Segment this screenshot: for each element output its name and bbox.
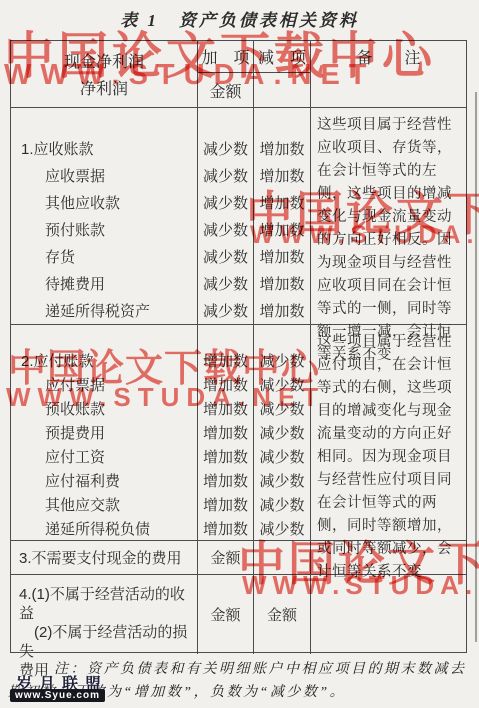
spacer-row	[11, 108, 311, 135]
table-row: 存货 减少数 增加数	[11, 243, 311, 270]
item-add-value: 增加数	[198, 421, 254, 445]
item-label: 递延所得税负债	[11, 516, 198, 540]
row4-minus-value: 金额	[254, 575, 311, 654]
item-add-value: 增加数	[198, 397, 254, 421]
item-label: 应付福利费	[11, 468, 198, 492]
item-add-value: 减少数	[198, 135, 254, 162]
header-cash-net-profit: 现金净利润	[64, 49, 144, 72]
item-label: 应付票据	[11, 373, 198, 397]
header-remark-column: 备 注	[311, 41, 466, 107]
row3-label: 3.不需要支付现金的费用	[11, 541, 198, 574]
item-minus-value: 减少数	[254, 373, 311, 397]
header-minus-label: 减 项	[258, 45, 306, 68]
item-label: 其他应交款	[11, 492, 198, 516]
section1-remark: 这些项目属于经营性应收项目、存货等，在会计恒等式的左侧，这些项目的增减变化与现金…	[311, 108, 466, 324]
item-add-value: 增加数	[198, 468, 254, 492]
balance-sheet-table: 现金净利润 净利润 加 项 金额 减 项 备 注 1	[10, 40, 467, 653]
table-row: 应收票据 减少数 增加数	[11, 162, 311, 189]
item-label: 递延所得税资产	[11, 297, 198, 324]
item-minus-value: 增加数	[254, 270, 311, 297]
item-minus-value: 增加数	[254, 189, 311, 216]
row3-remark	[311, 541, 466, 574]
table-header: 现金净利润 净利润 加 项 金额 减 项 备 注	[11, 41, 466, 108]
item-add-value: 增加数	[198, 349, 254, 373]
item-minus-value: 增加数	[254, 162, 311, 189]
header-add-column: 加 项 金额	[198, 41, 254, 107]
table-row: 1.应收账款 减少数 增加数	[11, 135, 311, 162]
table-row: 应付工资 增加数 减少数	[11, 444, 311, 468]
item-minus-value: 减少数	[254, 492, 311, 516]
item-add-value: 增加数	[198, 492, 254, 516]
section2-rows: 2.应付账款 增加数 减少数 应付票据 增加数 减少数 预收账款 增加数 减少数…	[11, 325, 311, 540]
header-remark-label: 备 注	[356, 45, 420, 68]
item-add-value: 增加数	[198, 373, 254, 397]
table-row: 待摊费用 减少数 增加数	[11, 270, 311, 297]
item-minus-value: 减少数	[254, 444, 311, 468]
header-net-profit: 净利润	[80, 76, 128, 99]
row4-label: 4.(1)不属于经营活动的收益 (2)不属于经营活动的损失 费用	[11, 575, 198, 654]
item-minus-value: 增加数	[254, 216, 311, 243]
item-minus-value: 减少数	[254, 349, 311, 373]
item-label: 待摊费用	[11, 270, 198, 297]
section-operating-payables: 2.应付账款 增加数 减少数 应付票据 增加数 减少数 预收账款 增加数 减少数…	[11, 325, 466, 541]
item-add-value: 减少数	[198, 270, 254, 297]
item-add-value: 减少数	[198, 189, 254, 216]
item-add-value: 减少数	[198, 297, 254, 324]
table-row: 应付票据 增加数 减少数	[11, 373, 311, 397]
section1-rows: 1.应收账款 减少数 增加数 应收票据 减少数 增加数 其他应收款 减少数 增加…	[11, 108, 311, 324]
table-row: 其他应收款 减少数 增加数	[11, 189, 311, 216]
item-minus-value: 减少数	[254, 468, 311, 492]
item-add-value: 减少数	[198, 243, 254, 270]
item-label: 预付账款	[11, 216, 198, 243]
header-add-label: 加 项	[201, 45, 249, 68]
table-row: 应付福利费 增加数 减少数	[11, 468, 311, 492]
header-amount-label: 金额	[209, 79, 241, 102]
scan-edge-artifact	[475, 92, 477, 642]
item-label: 应付工资	[11, 444, 198, 468]
table-row: 预提费用 增加数 减少数	[11, 421, 311, 445]
item-add-value: 增加数	[198, 444, 254, 468]
item-label: 2.应付账款	[11, 349, 198, 373]
row3-add-value: 金额	[198, 541, 254, 574]
table-row: 递延所得税负债 增加数 减少数	[11, 516, 311, 540]
table-row: 2.应付账款 增加数 减少数	[11, 349, 311, 373]
header-minus-column: 减 项	[254, 41, 311, 107]
table-row: 其他应交款 增加数 减少数	[11, 492, 311, 516]
item-minus-value: 减少数	[254, 516, 311, 540]
section-operating-receivables: 1.应收账款 减少数 增加数 应收票据 减少数 增加数 其他应收款 减少数 增加…	[11, 108, 466, 325]
scanned-document-page: 表 1 资产负债表相关资料 现金净利润 净利润 加 项 金额 减 项 备 注	[0, 0, 479, 708]
item-label: 其他应收款	[11, 189, 198, 216]
item-label: 应收票据	[11, 162, 198, 189]
item-minus-value: 减少数	[254, 397, 311, 421]
row-noncash-expenses: 3.不需要支付现金的费用 金额	[11, 541, 466, 575]
section2-remark: 这些项目属于经营性应付项目，在会计恒等式的右侧，这些项目的增减变化与现金流量变动…	[311, 325, 466, 540]
item-add-value: 减少数	[198, 216, 254, 243]
table-row: 递延所得税资产 减少数 增加数	[11, 297, 311, 324]
item-minus-value: 减少数	[254, 421, 311, 445]
table-title: 表 1 资产负债表相关资料	[0, 6, 479, 31]
item-minus-value: 增加数	[254, 135, 311, 162]
item-label: 存货	[11, 243, 198, 270]
header-cash-net-profit-cell: 现金净利润 净利润	[11, 41, 198, 107]
item-add-value: 增加数	[198, 516, 254, 540]
watermark-footer-url: www.Syue.com	[10, 689, 105, 702]
spacer-row	[11, 325, 311, 349]
item-minus-value: 增加数	[254, 243, 311, 270]
row4-add-value: 金额	[198, 575, 254, 654]
row-nonoperating-items: 4.(1)不属于经营活动的收益 (2)不属于经营活动的损失 费用 金额 金额	[11, 575, 466, 654]
row3-minus-value	[254, 541, 311, 574]
table-row: 预付账款 减少数 增加数	[11, 216, 311, 243]
item-minus-value: 增加数	[254, 297, 311, 324]
item-label: 预收账款	[11, 397, 198, 421]
item-label: 1.应收账款	[11, 135, 198, 162]
row4-remark	[311, 575, 466, 654]
table-row: 预收账款 增加数 减少数	[11, 397, 311, 421]
item-label: 预提费用	[11, 421, 198, 445]
item-add-value: 减少数	[198, 162, 254, 189]
